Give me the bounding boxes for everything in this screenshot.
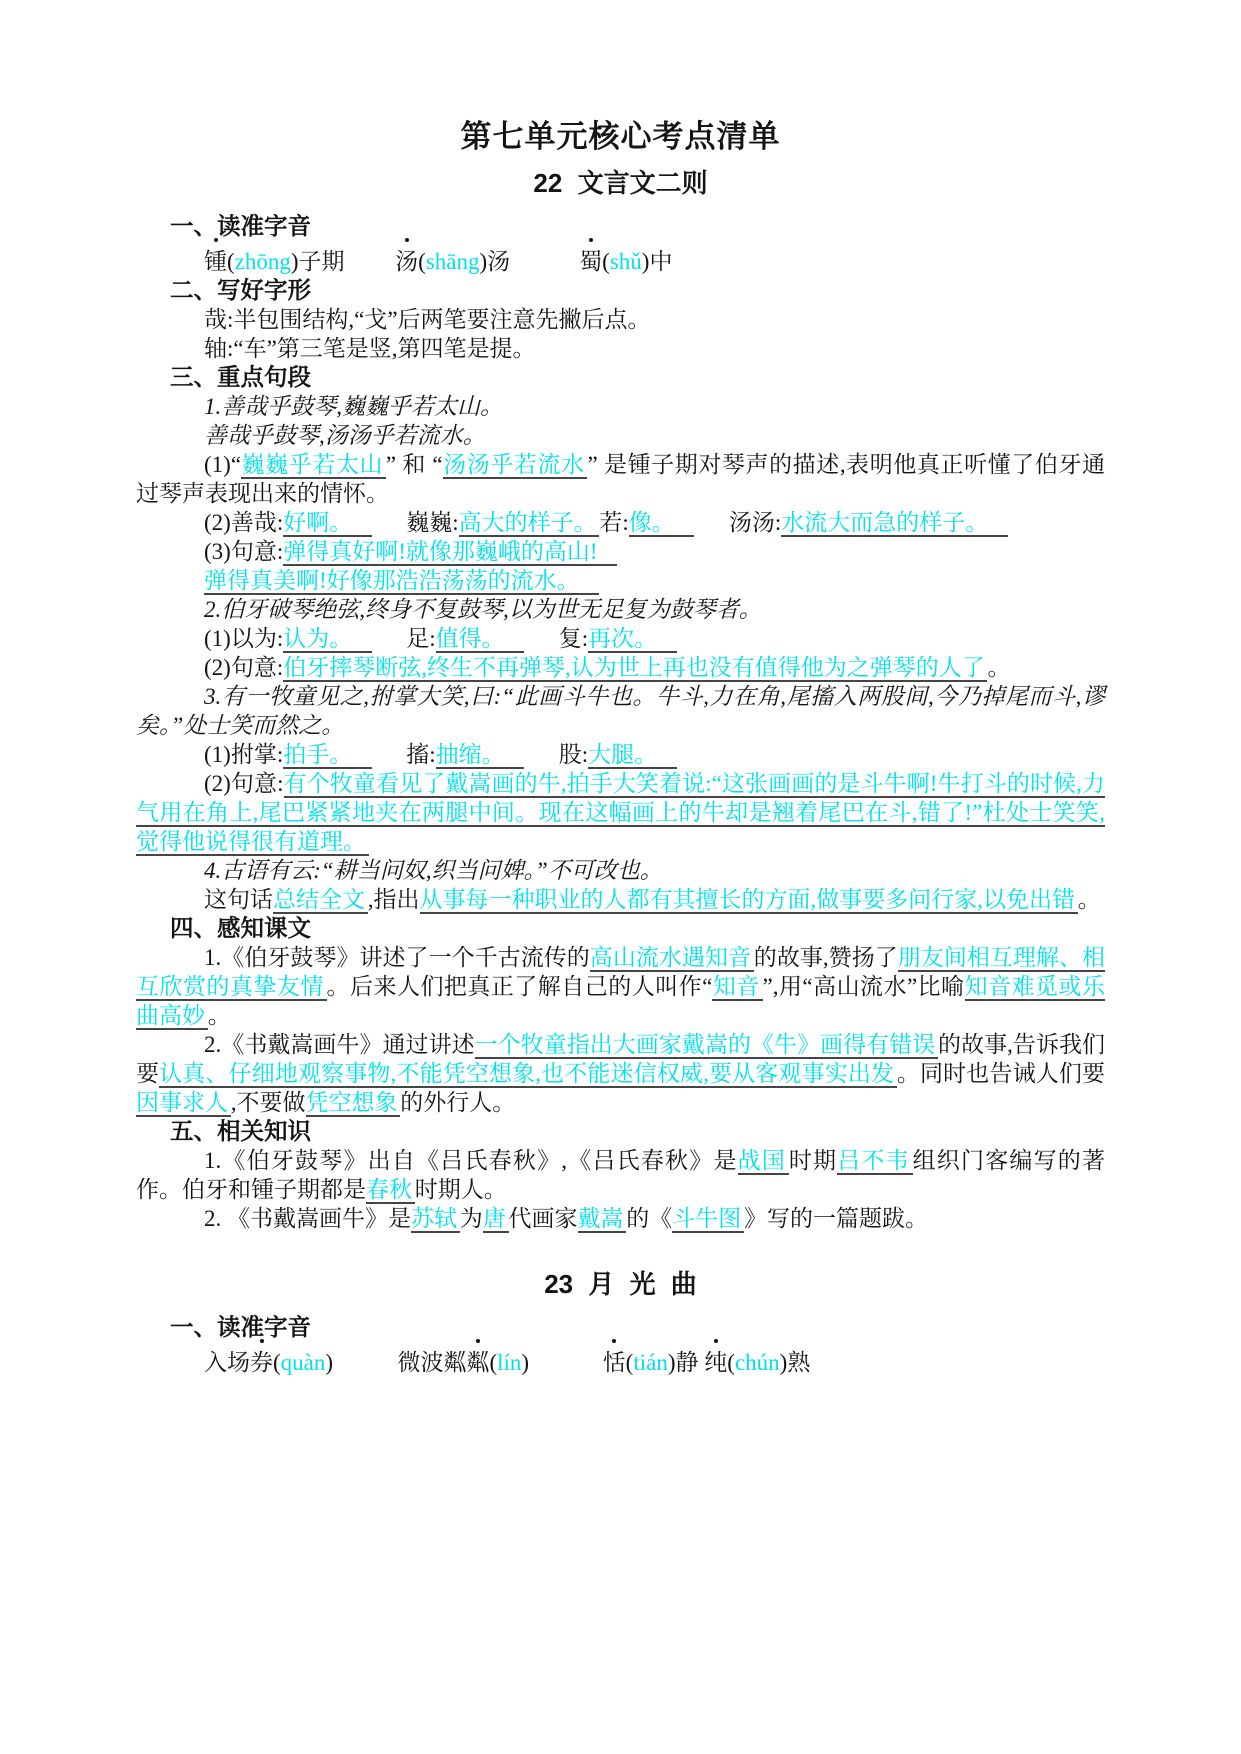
sentence-1b: 善哉乎鼓琴,汤汤乎若流水。 — [136, 421, 1105, 450]
text: (1)以为: — [204, 626, 283, 651]
text: (1)拊掌: — [204, 742, 283, 767]
answer-text: 巍巍乎若太山 — [241, 452, 386, 479]
text: 哉:半包围结构,“戈”后两笔要注意先撇后点。 — [204, 307, 651, 332]
text: ) — [521, 1350, 529, 1375]
gap — [694, 529, 729, 530]
text: 1.《伯牙鼓琴》出自《吕氏春秋》,《吕氏春秋》是 — [204, 1148, 738, 1173]
gap — [345, 268, 396, 269]
answer-text: 水流大而急的样子。 — [781, 510, 1008, 537]
text: )静 — [668, 1350, 704, 1375]
sentence-3: 3.有一牧童见之,拊掌大笑,曰:“此画斗牛也。牛斗,力在角,尾搐入两股间,今乃掉… — [136, 682, 1105, 740]
text: ( — [227, 249, 235, 274]
lesson-23-content: 一、读准字音入场券(quàn)微波粼粼(lín)恬(tián)静 纯(chún)… — [136, 1313, 1105, 1377]
answer-text: 抽缩。 — [436, 742, 525, 769]
text: 为 — [460, 1206, 483, 1231]
gap — [529, 1369, 603, 1370]
answer-text: 再次。 — [588, 626, 677, 653]
text: 2. 《书戴嵩画牛》是 — [204, 1206, 411, 1231]
text: (2)句意: — [204, 655, 283, 680]
answer-text: 认为。 — [283, 626, 372, 653]
emphasized-char: 券 — [250, 1350, 273, 1375]
text: 这句话 — [204, 887, 273, 912]
text: (1)“ — [204, 452, 241, 477]
text: 巍巍: — [406, 510, 458, 535]
answer-text: 从事每一种职业的人都有其擅长的方面,做事要多问行家,以免出错 — [420, 887, 1078, 914]
text: ” 和 “ — [386, 452, 443, 477]
text: 时期人。 — [415, 1177, 507, 1202]
gap — [524, 761, 559, 762]
text: (2)句意: — [204, 771, 284, 796]
heading-22-writing: 二、写好字形 — [136, 276, 1105, 305]
answer-text: 伯牙摔琴断弦,终生不再弹琴,认为世上再也没有值得他为之弹琴的人了 — [283, 655, 987, 682]
lesson-22-content: 一、读准字音锺(zhōng)子期汤(shāng)汤蜀(shǔ)中二、写好字形哉:… — [136, 212, 1105, 1233]
heading-22-comprehension: 四、感知课文 — [136, 914, 1105, 943]
sentence-1-q2: (2)善哉:好啊。巍巍:高大的样子。若:像。汤汤:水流大而急的样子。 — [136, 508, 1105, 537]
sentence-3-q1: (1)拊掌:拍手。搐:抽缩。股:大腿。 — [136, 740, 1105, 769]
heading-22-pronunciation: 一、读准字音 — [136, 212, 1105, 241]
text: ( — [418, 249, 426, 274]
answer-text: 总结全文 — [273, 887, 368, 914]
gap — [372, 529, 407, 530]
gap — [333, 1369, 397, 1370]
gap — [524, 645, 559, 646]
text: (2)善哉: — [204, 510, 283, 535]
answer-text: 像。 — [629, 510, 695, 537]
answer-text: 战国 — [738, 1148, 789, 1175]
answer-text: 唐 — [483, 1206, 509, 1233]
related-2: 2. 《书戴嵩画牛》是苏轼为唐代画家戴嵩的《斗牛图》写的一篇题跋。 — [136, 1204, 1105, 1233]
text: 2.伯牙破琴绝弦,终身不复鼓琴,以为世无足复为鼓琴者。 — [204, 597, 762, 622]
sentence-1-q3a: (3)句意:弹得真好啊!就像那巍峨的高山! — [136, 537, 1105, 566]
answer-text: 戴嵩 — [578, 1206, 627, 1233]
answer-text: 因事求人 — [136, 1090, 231, 1117]
text: 代画家 — [509, 1206, 578, 1231]
writing-zai: 哉:半包围结构,“戈”后两笔要注意先撇后点。 — [136, 305, 1105, 334]
text: 股: — [559, 742, 588, 767]
pinyin-text: shāng — [426, 249, 480, 274]
lesson-22-title: 22 文言文二则 — [136, 166, 1105, 200]
text: 善哉乎鼓琴,汤汤乎若流水。 — [204, 423, 486, 448]
text: ,不要做 — [231, 1090, 306, 1115]
text: 。 — [987, 655, 1010, 680]
text: 。后来人们把真正了解自己的人叫作“ — [327, 974, 713, 999]
text: ( — [727, 1350, 735, 1375]
text: 微波粼 — [397, 1350, 466, 1375]
text: 1.《伯牙鼓琴》讲述了一个千古流传的 — [204, 945, 590, 970]
lesson-23-title: 23 月 光 曲 — [136, 1267, 1105, 1301]
sentence-1-q3b: 弹得真美啊!好像那浩浩荡荡的流水。 — [136, 566, 1105, 595]
heading-22-key-sentences: 三、重点句段 — [136, 363, 1105, 392]
emphasized-char: 汤 — [395, 249, 418, 274]
text: 3.有一牧童见之,拊掌大笑,曰:“此画斗牛也。牛斗,力在角,尾搐入两股间,今乃掉… — [136, 684, 1105, 738]
text: ( — [489, 1350, 497, 1375]
text: ”,用“高山流水”比喻 — [763, 974, 965, 999]
pinyin-text: tián — [633, 1350, 668, 1375]
pinyin-text: chún — [735, 1350, 780, 1375]
text: 入场 — [204, 1350, 250, 1375]
answer-text: 吕不韦 — [837, 1148, 912, 1175]
text: 。 — [208, 1003, 231, 1028]
emphasized-char: 粼 — [466, 1350, 489, 1375]
sentence-2-q2: (2)句意:伯牙摔琴断弦,终生不再弹琴,认为世上再也没有值得他为之弹琴的人了。 — [136, 653, 1105, 682]
text: ) — [325, 1350, 333, 1375]
answer-text: 知音 — [712, 974, 762, 1001]
worksheet-page: 第七单元核心考点清单 22 文言文二则 一、读准字音锺(zhōng)子期汤(sh… — [0, 0, 1241, 1754]
text: )中 — [642, 249, 673, 274]
comprehension-1: 1.《伯牙鼓琴》讲述了一个千古流传的高山流水遇知音的故事,赞扬了朋友间相互理解、… — [136, 943, 1105, 1030]
text: ( — [273, 1350, 281, 1375]
sentence-2-q1: (1)以为:认为。足:值得。复:再次。 — [136, 624, 1105, 653]
text: )子期 — [291, 249, 345, 274]
unit-title: 第七单元核心考点清单 — [136, 118, 1105, 156]
gap — [372, 645, 407, 646]
emphasized-char: 纯 — [704, 1350, 727, 1375]
text: 若: — [599, 510, 628, 535]
text: 。同时也告诫人们要 — [897, 1061, 1105, 1086]
answer-text: 苏轼 — [411, 1206, 460, 1233]
answer-text: 拍手。 — [283, 742, 372, 769]
heading-23-pronunciation: 一、读准字音 — [136, 1313, 1105, 1342]
text: ,指出 — [368, 887, 420, 912]
text: )熟 — [780, 1350, 811, 1375]
comprehension-2: 2.《书戴嵩画牛》通过讲述一个牧童指出大画家戴嵩的《牛》画得有错误的故事,告诉我… — [136, 1030, 1105, 1117]
pinyin-line-23: 入场券(quàn)微波粼粼(lín)恬(tián)静 纯(chún)熟 — [136, 1348, 1105, 1377]
text: 》写的一篇题跋。 — [744, 1206, 928, 1231]
answer-text: 弹得真好啊!就像那巍峨的高山! — [283, 539, 617, 566]
text: 1.善哉乎鼓琴,巍巍乎若太山。 — [204, 394, 503, 419]
pinyin-line-22: 锺(zhōng)子期汤(shāng)汤蜀(shǔ)中 — [136, 247, 1105, 276]
gap — [510, 268, 579, 269]
emphasized-char: 蜀 — [579, 249, 602, 274]
emphasized-char: 恬 — [603, 1350, 626, 1375]
pinyin-text: lín — [497, 1350, 521, 1375]
text: 的外行人。 — [400, 1090, 515, 1115]
pinyin-text: shǔ — [610, 249, 642, 274]
answer-text: 汤汤乎若流水 — [443, 452, 588, 479]
text: 搐: — [406, 742, 435, 767]
text: (3)句意: — [204, 539, 283, 564]
text: 轴:“车”第三笔是竖,第四笔是提。 — [204, 336, 536, 361]
sentence-4: 4.古语有云:“耕当问奴,织当问婢。”不可改也。 — [136, 856, 1105, 885]
pinyin-text: zhōng — [235, 249, 291, 274]
pinyin-text: quàn — [281, 1350, 326, 1375]
sentence-1-q1: (1)“巍巍乎若太山” 和 “汤汤乎若流水” 是锺子期对琴声的描述,表明他真正听… — [136, 450, 1105, 508]
answer-text: 认真、仔细地观察事物,不能凭空想象,也不能迷信权威,要从客观事实出发 — [159, 1061, 897, 1088]
text: )汤 — [480, 249, 511, 274]
answer-text: 斗牛图 — [672, 1206, 744, 1233]
text: 时期 — [789, 1148, 837, 1173]
answer-text: 一个牧童指出大画家戴嵩的《牛》画得有错误 — [475, 1032, 938, 1059]
text: 的《 — [626, 1206, 672, 1231]
writing-zhou: 轴:“车”第三笔是竖,第四笔是提。 — [136, 334, 1105, 363]
text: 复: — [559, 626, 588, 651]
text: 。 — [1078, 887, 1101, 912]
text: 2.《书戴嵩画牛》通过讲述 — [204, 1032, 475, 1057]
heading-22-related: 五、相关知识 — [136, 1117, 1105, 1146]
sentence-4-note: 这句话总结全文,指出从事每一种职业的人都有其擅长的方面,做事要多问行家,以免出错… — [136, 885, 1105, 914]
text: 汤汤: — [729, 510, 781, 535]
related-1: 1.《伯牙鼓琴》出自《吕氏春秋》,《吕氏春秋》是战国时期吕不韦组织门客编写的著作… — [136, 1146, 1105, 1204]
sentence-3-q2: (2)句意:有个牧童看见了戴嵩画的牛,拍手大笑着说:“这张画画的是斗牛啊!牛打斗… — [136, 769, 1105, 856]
text: ( — [602, 249, 610, 274]
emphasized-char: 锺 — [204, 249, 227, 274]
text: 足: — [406, 626, 435, 651]
answer-text: 好啊。 — [283, 510, 372, 537]
gap — [372, 761, 407, 762]
sentence-2: 2.伯牙破琴绝弦,终身不复鼓琴,以为世无足复为鼓琴者。 — [136, 595, 1105, 624]
answer-text: 春秋 — [366, 1177, 415, 1204]
sentence-1a: 1.善哉乎鼓琴,巍巍乎若太山。 — [136, 392, 1105, 421]
answer-text: 值得。 — [436, 626, 525, 653]
answer-text: 高山流水遇知音 — [590, 945, 754, 972]
answer-text: 凭空想象 — [306, 1090, 401, 1117]
text: 的故事,赞扬了 — [754, 945, 898, 970]
answer-text: 大腿。 — [588, 742, 677, 769]
text: 4.古语有云:“耕当问奴,织当问婢。”不可改也。 — [204, 858, 663, 883]
answer-text: 高大的样子。 — [459, 510, 600, 537]
answer-text: 弹得真美啊!好像那浩浩荡荡的流水。 — [204, 568, 599, 595]
